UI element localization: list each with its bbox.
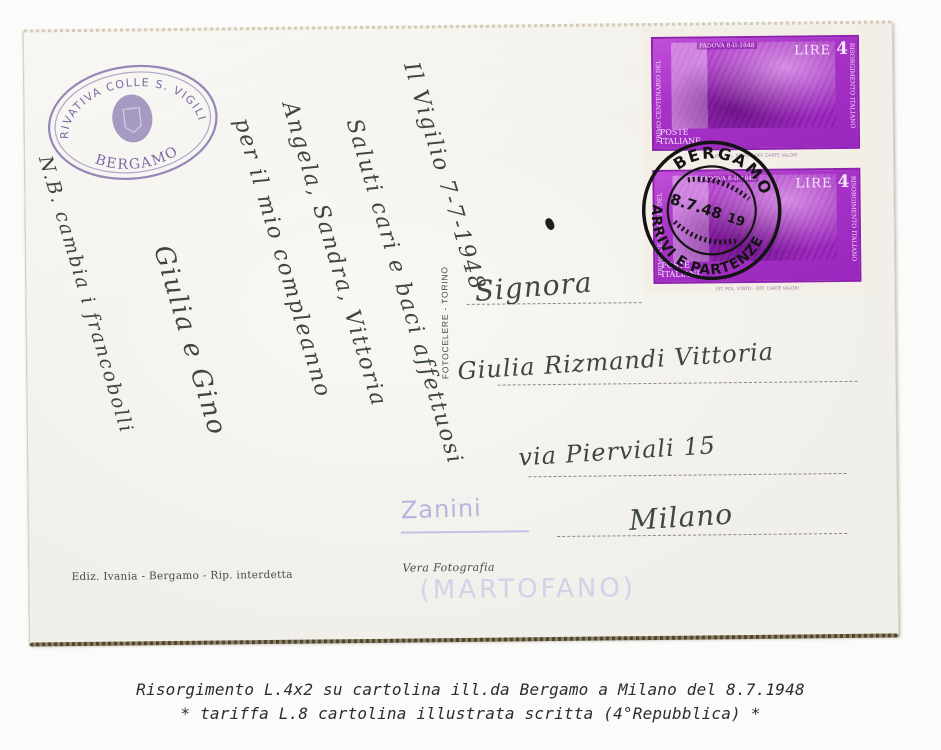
seal-emblem-icon: PRIVATIVA COLLE S. VIGILIO BERGAMO (36, 50, 229, 194)
caption-line-2: * tariffa L.8 cartolina illustrata scrit… (0, 704, 941, 723)
stamp-vertical-right-text: RISORGIMENTO ITALIANO (844, 176, 857, 274)
postcard: PRIVATIVA COLLE S. VIGILIO BERGAMO PADOV… (23, 21, 899, 644)
svg-text:BERGAMO: BERGAMO (91, 142, 182, 177)
pencil-underline (401, 530, 529, 533)
address-city: Milano (628, 497, 734, 536)
address-street: via Pierviali 15 (518, 431, 717, 471)
oval-seal-stamp: PRIVATIVA COLLE S. VIGILIO BERGAMO (36, 50, 229, 194)
ink-blot (543, 217, 556, 231)
stamp-value: LIRE 4 (795, 172, 850, 193)
stamp-value: LIRE 4 (794, 39, 849, 60)
message-signature: Giulia e Gino (147, 242, 232, 440)
caption-line-1: Risorgimento L.4x2 su cartolina ill.da B… (0, 680, 941, 699)
address-salutation: Signora (473, 266, 593, 308)
svg-text:19: 19 (725, 211, 747, 231)
publisher-credit: Ediz. Ivania - Bergamo - Rip. interdetta (71, 569, 292, 583)
address-line-4 (557, 533, 847, 537)
stamp-vertical-right-text: RISORGIMENTO ITALIANO (843, 43, 856, 141)
address-line-2 (498, 381, 858, 386)
pencil-note-faint: (MARTOFANO) (420, 573, 637, 605)
photo-note: Vera Fotografia (402, 561, 495, 575)
address-line-3 (529, 473, 847, 477)
message-line-4: per il mio compleanno (229, 115, 336, 401)
svg-text:8.7.48: 8.7.48 (668, 190, 724, 223)
pencil-note-name: Zanini (400, 494, 482, 524)
address-name: Giulia Rizmandi Vittoria (457, 337, 775, 385)
postcard-bottom-edge (30, 633, 898, 646)
message-side-note: N.B. cambia i francobolli (34, 153, 138, 436)
stamp-caption: PADOVA 8-II-1848 (697, 42, 757, 50)
